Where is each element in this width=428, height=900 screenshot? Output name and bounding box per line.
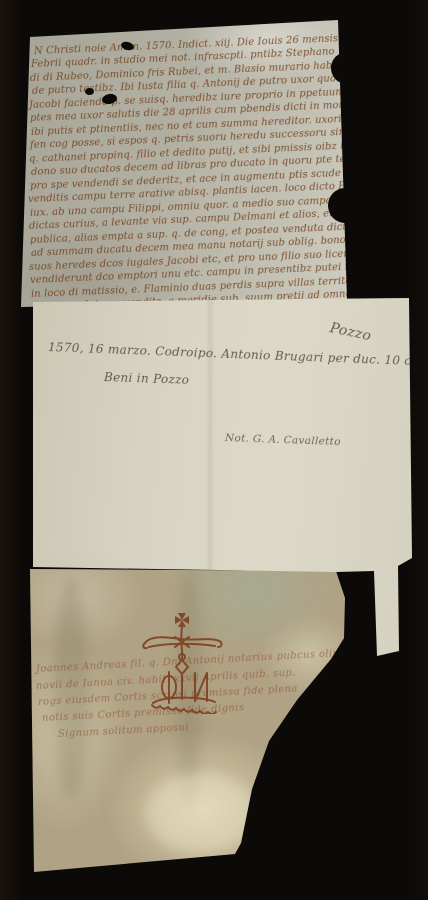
- edge-notch: [328, 188, 362, 223]
- edge-notch: [331, 52, 363, 84]
- notary-signature: Not. G. A. Cavalletto: [225, 432, 341, 448]
- archival-photo: N Christi noie Amen. 1570. Indict. xiij.…: [0, 0, 428, 900]
- ink-corrosion-hole: [85, 88, 94, 95]
- notarial-sign-icon: [136, 610, 228, 714]
- stain: [146, 773, 256, 853]
- place-annotation: Beni in Pozzo: [104, 370, 190, 387]
- corner-annotation: Pozzo: [328, 320, 372, 344]
- top-manuscript-page: N Christi noie Amen. 1570. Indict. xiij.…: [18, 16, 352, 310]
- date-annotation: 1570, 16 marzo. Codroipo. Antonio Brugar…: [48, 340, 428, 370]
- parchment-fragment: Joannes Andreas fil. q. Dni Antonij nota…: [26, 558, 348, 880]
